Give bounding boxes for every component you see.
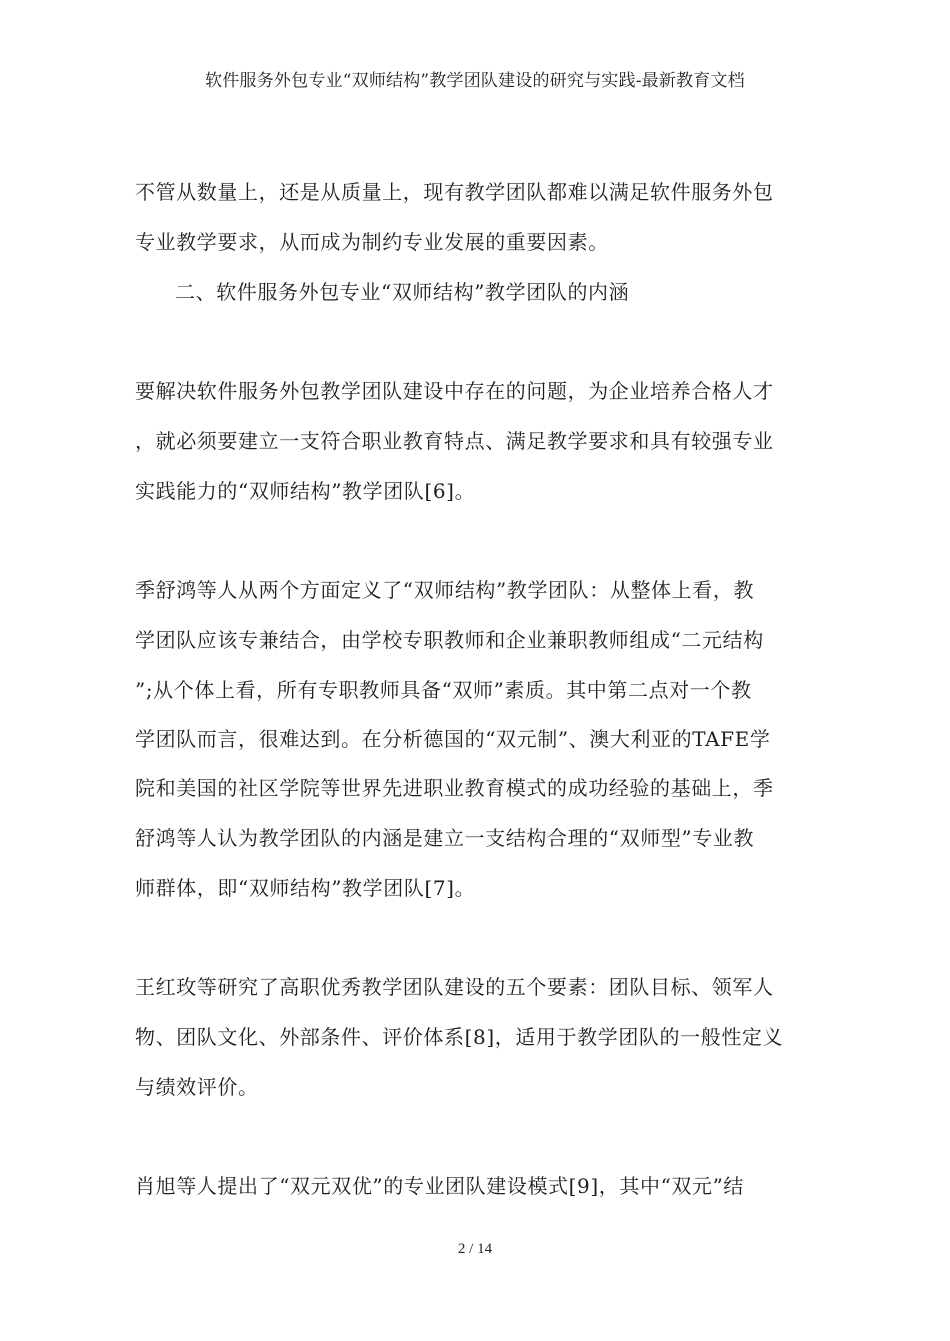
text-line: 实践能力的“双师结构”教学团队[6]。 [135,475,475,504]
text-line: 院和美国的社区学院等世界先进职业教育模式的成功经验的基础上，季 [135,772,774,801]
page-number: 2 / 14 [0,1241,950,1258]
text-line: 王红玫等研究了高职优秀教学团队建设的五个要素：团队目标、领军人 [135,971,774,1000]
text-line: 专业教学要求，从而成为制约专业发展的重要因素。 [135,226,609,255]
text-line: 肖旭等人提出了“双元双优”的专业团队建设模式[9]，其中“双元”结 [135,1170,744,1199]
text-line: ，就必须要建立一支符合职业教育特点、满足教学要求和具有较强专业 [135,425,774,454]
document-title-header: 软件服务外包专业“双师结构”教学团队建设的研究与实践-最新教育文档 [0,66,950,91]
text-line: ”;从个体上看，所有专职教师具备“双师”素质。其中第二点对一个教 [135,674,752,703]
text-line: 季舒鸿等人从两个方面定义了“双师结构”教学团队：从整体上看，教 [135,574,754,603]
text-line: 学团队而言，很难达到。在分析德国的“双元制”、澳大利亚的TAFE学 [135,723,770,752]
text-line: 不管从数量上，还是从质量上，现有教学团队都难以满足软件服务外包 [135,176,774,205]
text-line: 与绩效评价。 [135,1071,259,1100]
text-line: 要解决软件服务外包教学团队建设中存在的问题，为企业培养合格人才 [135,375,774,404]
text-line: 学团队应该专兼结合，由学校专职教师和企业兼职教师组成“二元结构 [135,624,764,653]
section-heading-text: 二、软件服务外包专业“双师结构”教学团队的内涵 [175,276,629,305]
text-line: 舒鸿等人认为教学团队的内涵是建立一支结构合理的“双师型”专业教 [135,822,754,851]
text-line: 物、团队文化、外部条件、评价体系[8]，适用于教学团队的一般性定义 [135,1021,783,1050]
text-line: 师群体，即“双师结构”教学团队[7]。 [135,872,475,901]
